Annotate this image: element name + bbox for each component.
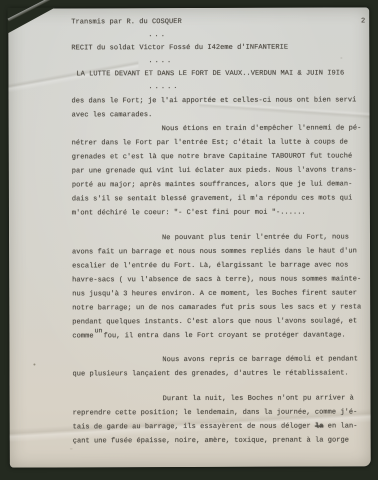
paper-sheet: Transmis par R. du COSQUER 2 ... RECIT d…	[8, 7, 371, 467]
text-line: Durant la nuit, les Boches n'ont pu arri…	[73, 391, 367, 406]
text-line: Ne pouvant plus tenir l'entrée du Fort, …	[72, 230, 366, 245]
text-line: Nous avons repris ce barrage démoli et p…	[72, 352, 366, 367]
paper-speck	[70, 448, 73, 449]
text-line: dais s'il se sentait blessé gravement, i…	[72, 191, 366, 206]
text-line: havre-sacs ( vu l'absence de sacs à terr…	[72, 272, 366, 287]
text-line: avec les camarades.	[72, 107, 366, 122]
paragraph: Ne pouvant plus tenir l'entrée du Fort, …	[72, 230, 366, 343]
paragraph: des dans le Fort; je l'ai apportée et ce…	[71, 93, 365, 122]
struck-word: la	[315, 422, 324, 430]
text-segment: en lan-	[323, 422, 357, 430]
typewritten-text: Transmis par R. du COSQUER 2 ... RECIT d…	[71, 15, 367, 448]
text-line: des dans le Fort; je l'ai apportée et ce…	[71, 93, 365, 108]
text-line: tais de garde au barrage, ils essayèrent…	[73, 419, 367, 434]
text-line: escalier de l'entrée du Fort. Là, élargi…	[72, 258, 366, 273]
page-number: 2	[361, 15, 365, 28]
header-row: Transmis par R. du COSQUER 2	[71, 15, 365, 29]
paragraph: Durant la nuit, les Boches n'ont pu arri…	[73, 391, 367, 448]
transmitted-by-line: Transmis par R. du COSQUER	[71, 16, 182, 29]
text-line: pendant quelques instants. C'est alors q…	[72, 314, 366, 329]
separator-dots: ....	[71, 54, 365, 68]
text-line: que plusieurs lançaient des grenades, d'…	[72, 366, 366, 381]
text-line: çant une fusée épaisse, noire, amère, to…	[73, 433, 367, 448]
text-segment: comme	[72, 332, 93, 340]
text-line: porté au major; après maintes souffrance…	[72, 177, 366, 192]
text-line: m'ont déchiré le coeur: "- C'est fini po…	[72, 205, 366, 220]
paragraph: Nous étions en train d'empêcher l'ennemi…	[72, 121, 366, 220]
separator-dots: .....	[71, 80, 365, 94]
text-line: nus jusqu'à 3 heures environ. A ce momen…	[72, 286, 366, 301]
text-line: grenades et c'est là que notre brave Cap…	[72, 149, 366, 164]
scanned-document-photo: { "colors": { "background": "#242a20", "…	[0, 0, 378, 480]
separator-dots: ...	[71, 28, 365, 42]
text-line: notre barrage; un de nos camarades fut p…	[72, 300, 366, 315]
document-title-line2: LA LUTTE DEVANT ET DANS LE FORT DE VAUX.…	[71, 67, 365, 81]
paragraph: Nous avons repris ce barrage démoli et p…	[72, 352, 366, 381]
corner-fold-notch	[7, 7, 55, 33]
document-body: des dans le Fort; je l'ai apportée et ce…	[71, 93, 366, 448]
inserted-word: un	[95, 327, 103, 334]
text-segment: fou, il entra dans le Fort croyant se pr…	[104, 331, 346, 340]
paper-speck	[33, 364, 35, 366]
document-title-line1: RECIT du soldat Victor Fossé du I42eme d…	[71, 41, 365, 55]
text-line: commeunfou, il entra dans le Fort croyan…	[72, 328, 366, 343]
text-line: avons fait un barrage et nous nous somme…	[72, 244, 366, 259]
text-line: nétrer dans le Fort par l'entrée Est; c'…	[72, 135, 366, 150]
text-line: par une grenade qui vint lui éclater aux…	[72, 163, 366, 178]
text-segment: tais de garde au barrage, ils essayèrent…	[73, 422, 315, 431]
text-line: reprendre cette position; le lendemain, …	[73, 405, 367, 420]
text-line: Nous étions en train d'empêcher l'ennemi…	[72, 121, 366, 136]
